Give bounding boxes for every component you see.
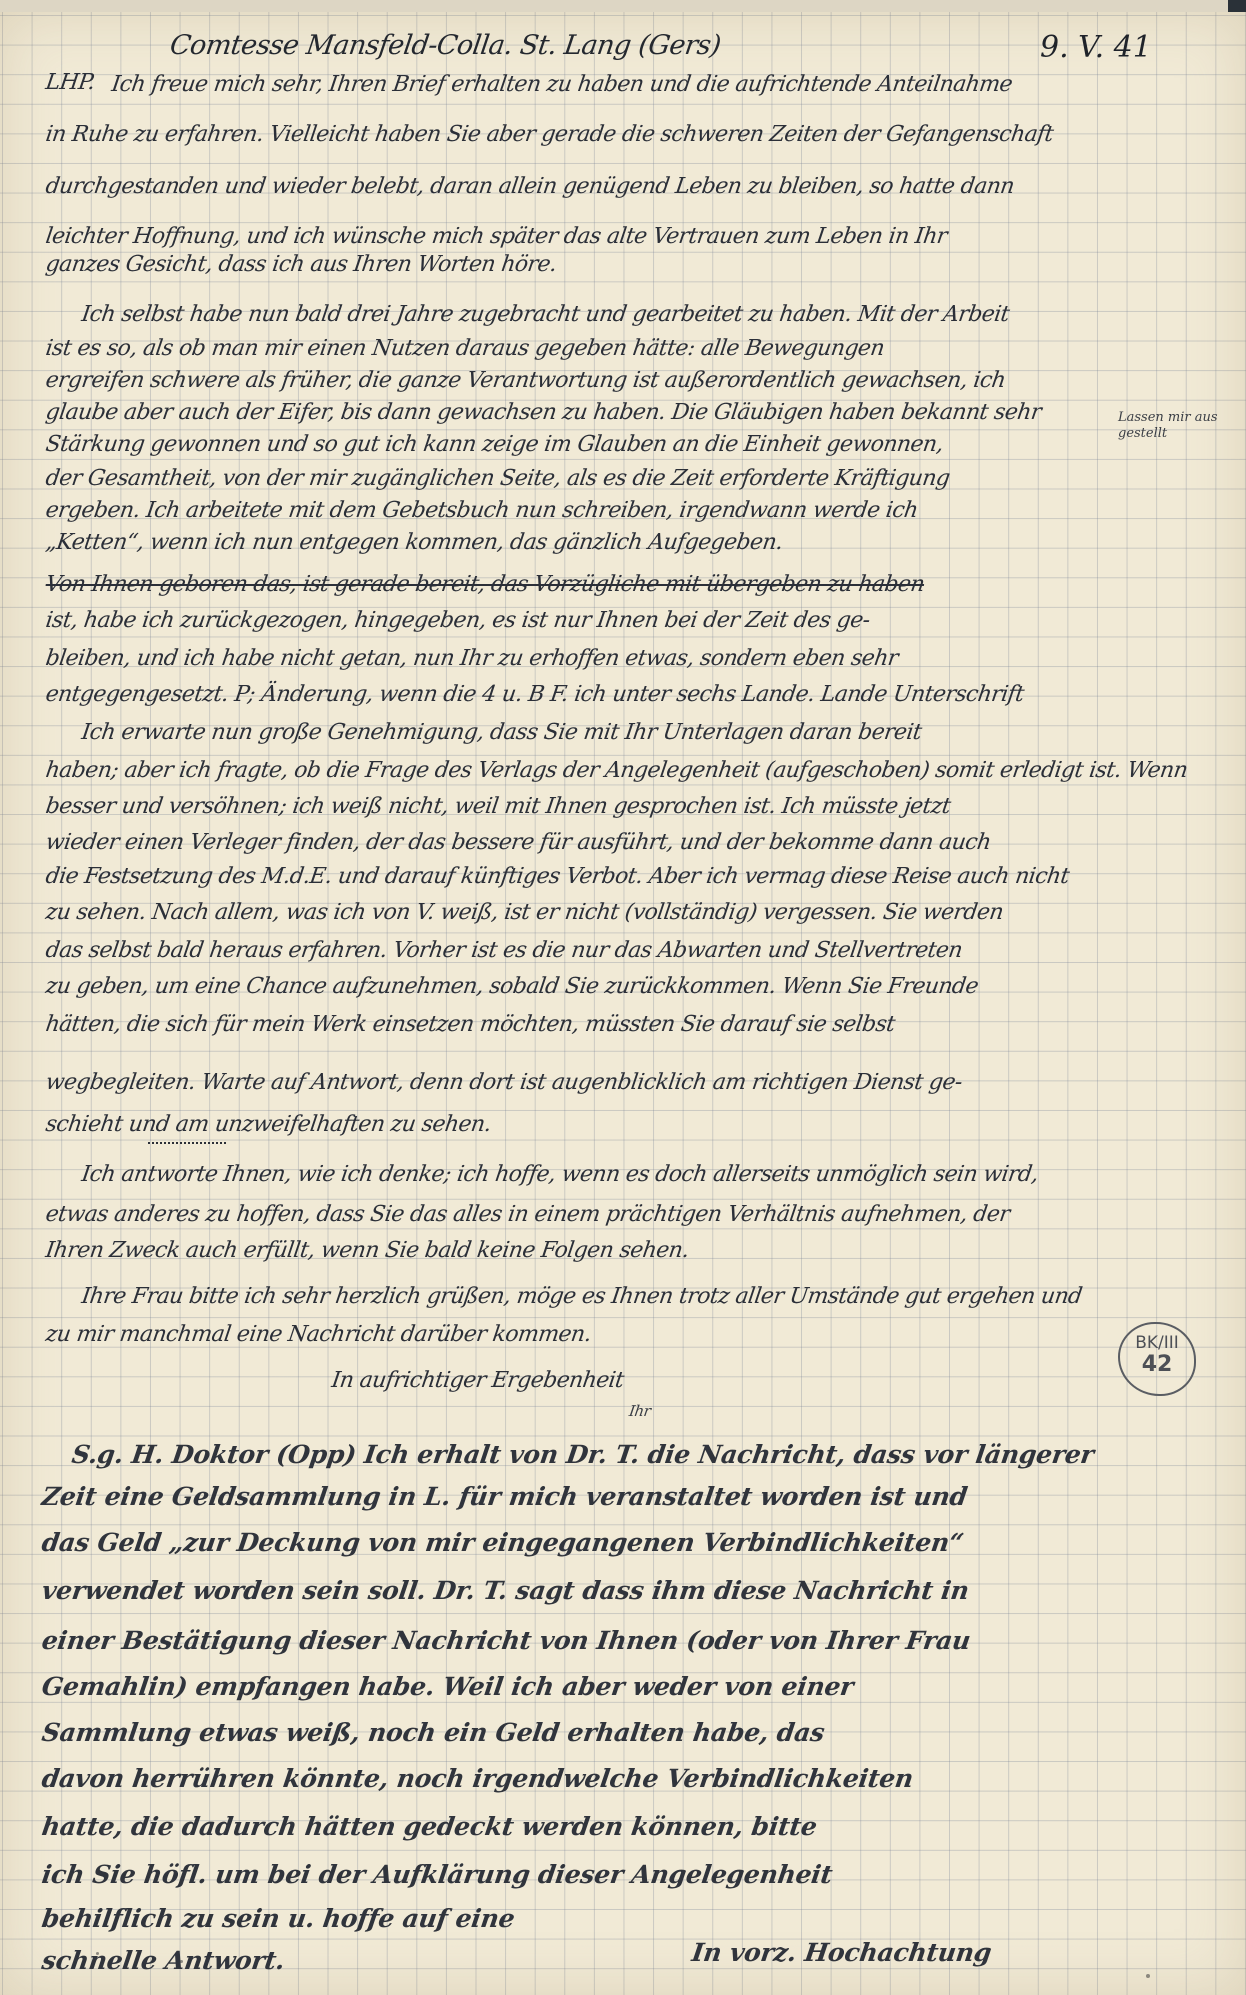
struck-text-line: Von Ihnen geboren das, ist gerade bereit… — [44, 572, 926, 597]
text-line: bleiben, und ich habe nicht getan, nun I… — [44, 646, 899, 671]
text-line: die Festsetzung des M.d.E. und darauf kü… — [44, 864, 1071, 889]
ink-speck — [96, 1952, 99, 1955]
archive-stamp: BK/III 42 — [1118, 1322, 1196, 1396]
archive-series: BK/III — [1120, 1332, 1194, 1354]
text-line: hatte, die dadurch hätten gedeckt werden… — [40, 1812, 819, 1841]
text-line: ist, habe ich zurückgezogen, hingegeben,… — [44, 608, 871, 633]
archive-number: 42 — [1120, 1354, 1194, 1376]
text-line: Gemahlin) empfangen habe. Weil ich aber … — [40, 1672, 855, 1701]
text-line: durchgestanden und wieder belebt, daran … — [44, 174, 1016, 199]
graph-paper-sheet: Comtesse Mansfeld-Colla. St. Lang (Gers)… — [0, 12, 1246, 1995]
letter-heading: Comtesse Mansfeld-Colla. St. Lang (Gers) — [168, 30, 723, 61]
interlinear-insertion: Ihr — [628, 1402, 651, 1420]
text-line: davon herrühren könnte, noch irgendwelch… — [40, 1764, 915, 1793]
text-line: schnelle Antwort. — [40, 1946, 287, 1975]
text-line: besser und versöhnen; ich weiß nicht, we… — [44, 794, 952, 819]
letter-date: 9. V. 41 — [1040, 30, 1152, 65]
text-line: „Ketten“, wenn ich nun entgegen kommen, … — [44, 530, 784, 555]
text-line: schieht und am unzweifelhaften zu sehen. — [44, 1112, 493, 1137]
ink-speck — [1146, 1974, 1150, 1978]
salutation-label: LHP. — [44, 70, 96, 95]
text-line: verwendet worden sein soll. Dr. T. sagt … — [40, 1576, 971, 1605]
text-line: wegbegleiten. Warte auf Antwort, denn do… — [44, 1070, 964, 1095]
text-line: das selbst bald heraus erfahren. Vorher … — [44, 938, 964, 963]
text-line: Stärkung gewonnen und so gut ich kann ze… — [44, 432, 945, 457]
text-line: ganzes Gesicht, dass ich aus Ihren Worte… — [44, 252, 558, 277]
text-line: zu sehen. Nach allem, was ich von V. wei… — [44, 900, 1005, 925]
text-line-closing: In aufrichtiger Ergebenheit — [330, 1368, 625, 1393]
text-line: zu mir manchmal eine Nachricht darüber k… — [44, 1322, 593, 1347]
text-line: das Geld „zur Deckung von mir eingegange… — [40, 1528, 965, 1557]
closing-signature: In vorz. Hochachtung — [690, 1938, 993, 1967]
ink-speck — [180, 1960, 183, 1963]
dotted-underline — [148, 1142, 226, 1144]
salutation: LHP. — [44, 70, 96, 95]
text-line: Ihren Zweck auch erfüllt, wenn Sie bald … — [44, 1238, 690, 1263]
text-line: glaube aber auch der Eifer, bis dann gew… — [44, 400, 1043, 425]
text-line: hätten, die sich für mein Werk einsetzen… — [44, 1012, 896, 1037]
text-line: einer Bestätigung dieser Nachricht von I… — [40, 1626, 972, 1655]
text-line: ergeben. Ich arbeitete mit dem Gebetsbuc… — [44, 498, 919, 523]
text-line: haben; aber ich fragte, ob die Frage des… — [44, 758, 1189, 783]
margin-note: Lassen mir aus gestellt — [1118, 410, 1238, 442]
text-line: ist es so, als ob man mir einen Nutzen d… — [44, 336, 886, 361]
text-line: Zeit eine Geldsammlung in L. für mich ve… — [40, 1482, 969, 1511]
text-line: in Ruhe zu erfahren. Vielleicht haben Si… — [44, 122, 1055, 147]
text-line: behilflich zu sein u. hoffe auf eine — [40, 1904, 517, 1933]
text-line: leichter Hoffnung, und ich wünsche mich … — [44, 224, 948, 249]
text-line: etwas anderes zu hoffen, dass Sie das al… — [44, 1202, 1011, 1227]
text-line: wieder einen Verleger finden, der das be… — [44, 830, 992, 855]
text-line: Ich freue mich sehr, Ihren Brief erhalte… — [110, 72, 1014, 97]
text-line: Ich erwarte nun große Genehmigung, dass … — [80, 720, 923, 745]
text-line: Ich selbst habe nun bald drei Jahre zuge… — [80, 302, 1011, 327]
text-line: Sammlung etwas weiß, noch ein Geld erhal… — [40, 1718, 826, 1747]
text-line: S.g. H. Doktor (Opp) Ich erhalt von Dr. … — [70, 1440, 1096, 1469]
text-line: ergreifen schwere als früher, die ganze … — [44, 368, 1007, 393]
text-line: zu geben, um eine Chance aufzunehmen, so… — [44, 974, 980, 999]
text-line: Ihre Frau bitte ich sehr herzlich grüßen… — [80, 1284, 1083, 1309]
text-line: der Gesamtheit, von der mir zugänglichen… — [44, 466, 951, 491]
text-line: Ich antworte Ihnen, wie ich denke; ich h… — [80, 1162, 1040, 1187]
text-line: ich Sie höfl. um bei der Aufklärung dies… — [40, 1860, 834, 1889]
text-line: entgegengesetzt. P; Änderung, wenn die 4… — [44, 682, 1025, 707]
